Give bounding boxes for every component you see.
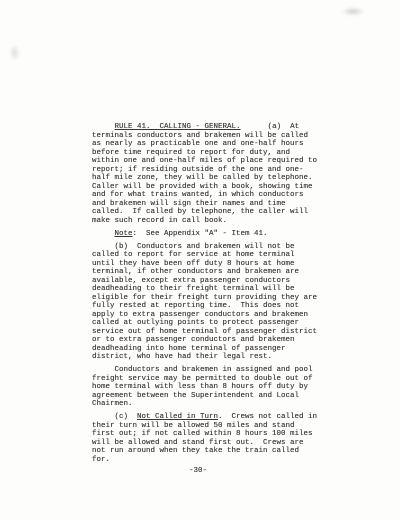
text-line: terminals conductors and brakemen will b… bbox=[92, 132, 332, 141]
paragraph-rule-41-b: (b) Conductors and brakemen will not bec… bbox=[92, 243, 332, 362]
scan-smudge-top-right bbox=[341, 7, 365, 16]
text-line: called at outlying points to protect pas… bbox=[92, 319, 332, 328]
paragraph-rule-41-b-doubling: Conductors and brakemen in assigned and … bbox=[92, 366, 332, 409]
text-line: report; if residing outside of the one a… bbox=[92, 166, 332, 175]
text-line: until they have been off duty 8 hours at… bbox=[92, 260, 332, 269]
text-line: terminal, if other conductors and brakem… bbox=[92, 268, 332, 277]
text-line: half mile zone, they will be called by t… bbox=[92, 174, 332, 183]
text-line: called to report for service at home ter… bbox=[92, 251, 332, 260]
text-line: first out; if not called within 8 hours … bbox=[92, 430, 332, 439]
text-block: RULE 41. CALLING - GENERAL. (a) Attermin… bbox=[92, 123, 332, 464]
text-line: Note: See Appendix "A" - Item 41. bbox=[92, 230, 332, 239]
text-line: service out of home terminal of passenge… bbox=[92, 328, 332, 337]
text-line: RULE 41. CALLING - GENERAL. (a) At bbox=[92, 123, 332, 132]
text-line: eligible for their freight turn providin… bbox=[92, 294, 332, 303]
text-line: home terminal with less than 8 hours off… bbox=[92, 383, 332, 392]
text-line: before time required to report for duty,… bbox=[92, 149, 332, 158]
text-line: make such record in call book. bbox=[92, 217, 332, 226]
text-line: and for what trains wanted, in which con… bbox=[92, 191, 332, 200]
text-line: (b) Conductors and brakemen will not be bbox=[92, 243, 332, 252]
text-line: deadheading to their freight terminal wi… bbox=[92, 285, 332, 294]
text-line: (c) Not Called in Turn. Crews not called… bbox=[92, 413, 332, 422]
paragraph-rule-41-a: RULE 41. CALLING - GENERAL. (a) Attermin… bbox=[92, 123, 332, 225]
text-line: fully rested at reporting time. This doe… bbox=[92, 302, 332, 311]
text-line: Chairmen. bbox=[92, 400, 332, 409]
text-line: Caller will be provided with a book, sho… bbox=[92, 183, 332, 192]
text-line: not run around when they take the train … bbox=[92, 447, 332, 456]
text-line: freight service may be permitted to doub… bbox=[92, 375, 332, 384]
text-line: apply to extra passenger conductors and … bbox=[92, 311, 332, 320]
text-line: called. If called by telephone, the call… bbox=[92, 208, 332, 217]
document-page: RULE 41. CALLING - GENERAL. (a) Attermin… bbox=[0, 0, 400, 520]
text-line: Conductors and brakemen in assigned and … bbox=[92, 366, 332, 375]
text-line: as nearly as practicable one and one-hal… bbox=[92, 140, 332, 149]
text-line: or to extra passenger conductors and bra… bbox=[92, 336, 332, 345]
text-line: agreement between the Superintendent and… bbox=[92, 392, 332, 401]
text-line: district, who have had their legal rest. bbox=[92, 353, 332, 362]
scan-smudge-left-margin bbox=[9, 44, 20, 61]
text-line: deadheading into home terminal of passen… bbox=[92, 345, 332, 354]
text-line: their turn will be allowed 50 miles and … bbox=[92, 422, 332, 431]
paragraph-note: Note: See Appendix "A" - Item 41. bbox=[92, 230, 332, 239]
text-line: within one and one-half miles of place r… bbox=[92, 157, 332, 166]
text-line: for. bbox=[92, 456, 332, 465]
text-line: and brakemen will sign their names and t… bbox=[92, 200, 332, 209]
page-number: -30- bbox=[92, 467, 304, 475]
text-line: will be allowed and stand first out. Cre… bbox=[92, 439, 332, 448]
paragraph-rule-41-c: (c) Not Called in Turn. Crews not called… bbox=[92, 413, 332, 464]
text-line: available, except extra passenger conduc… bbox=[92, 277, 332, 286]
